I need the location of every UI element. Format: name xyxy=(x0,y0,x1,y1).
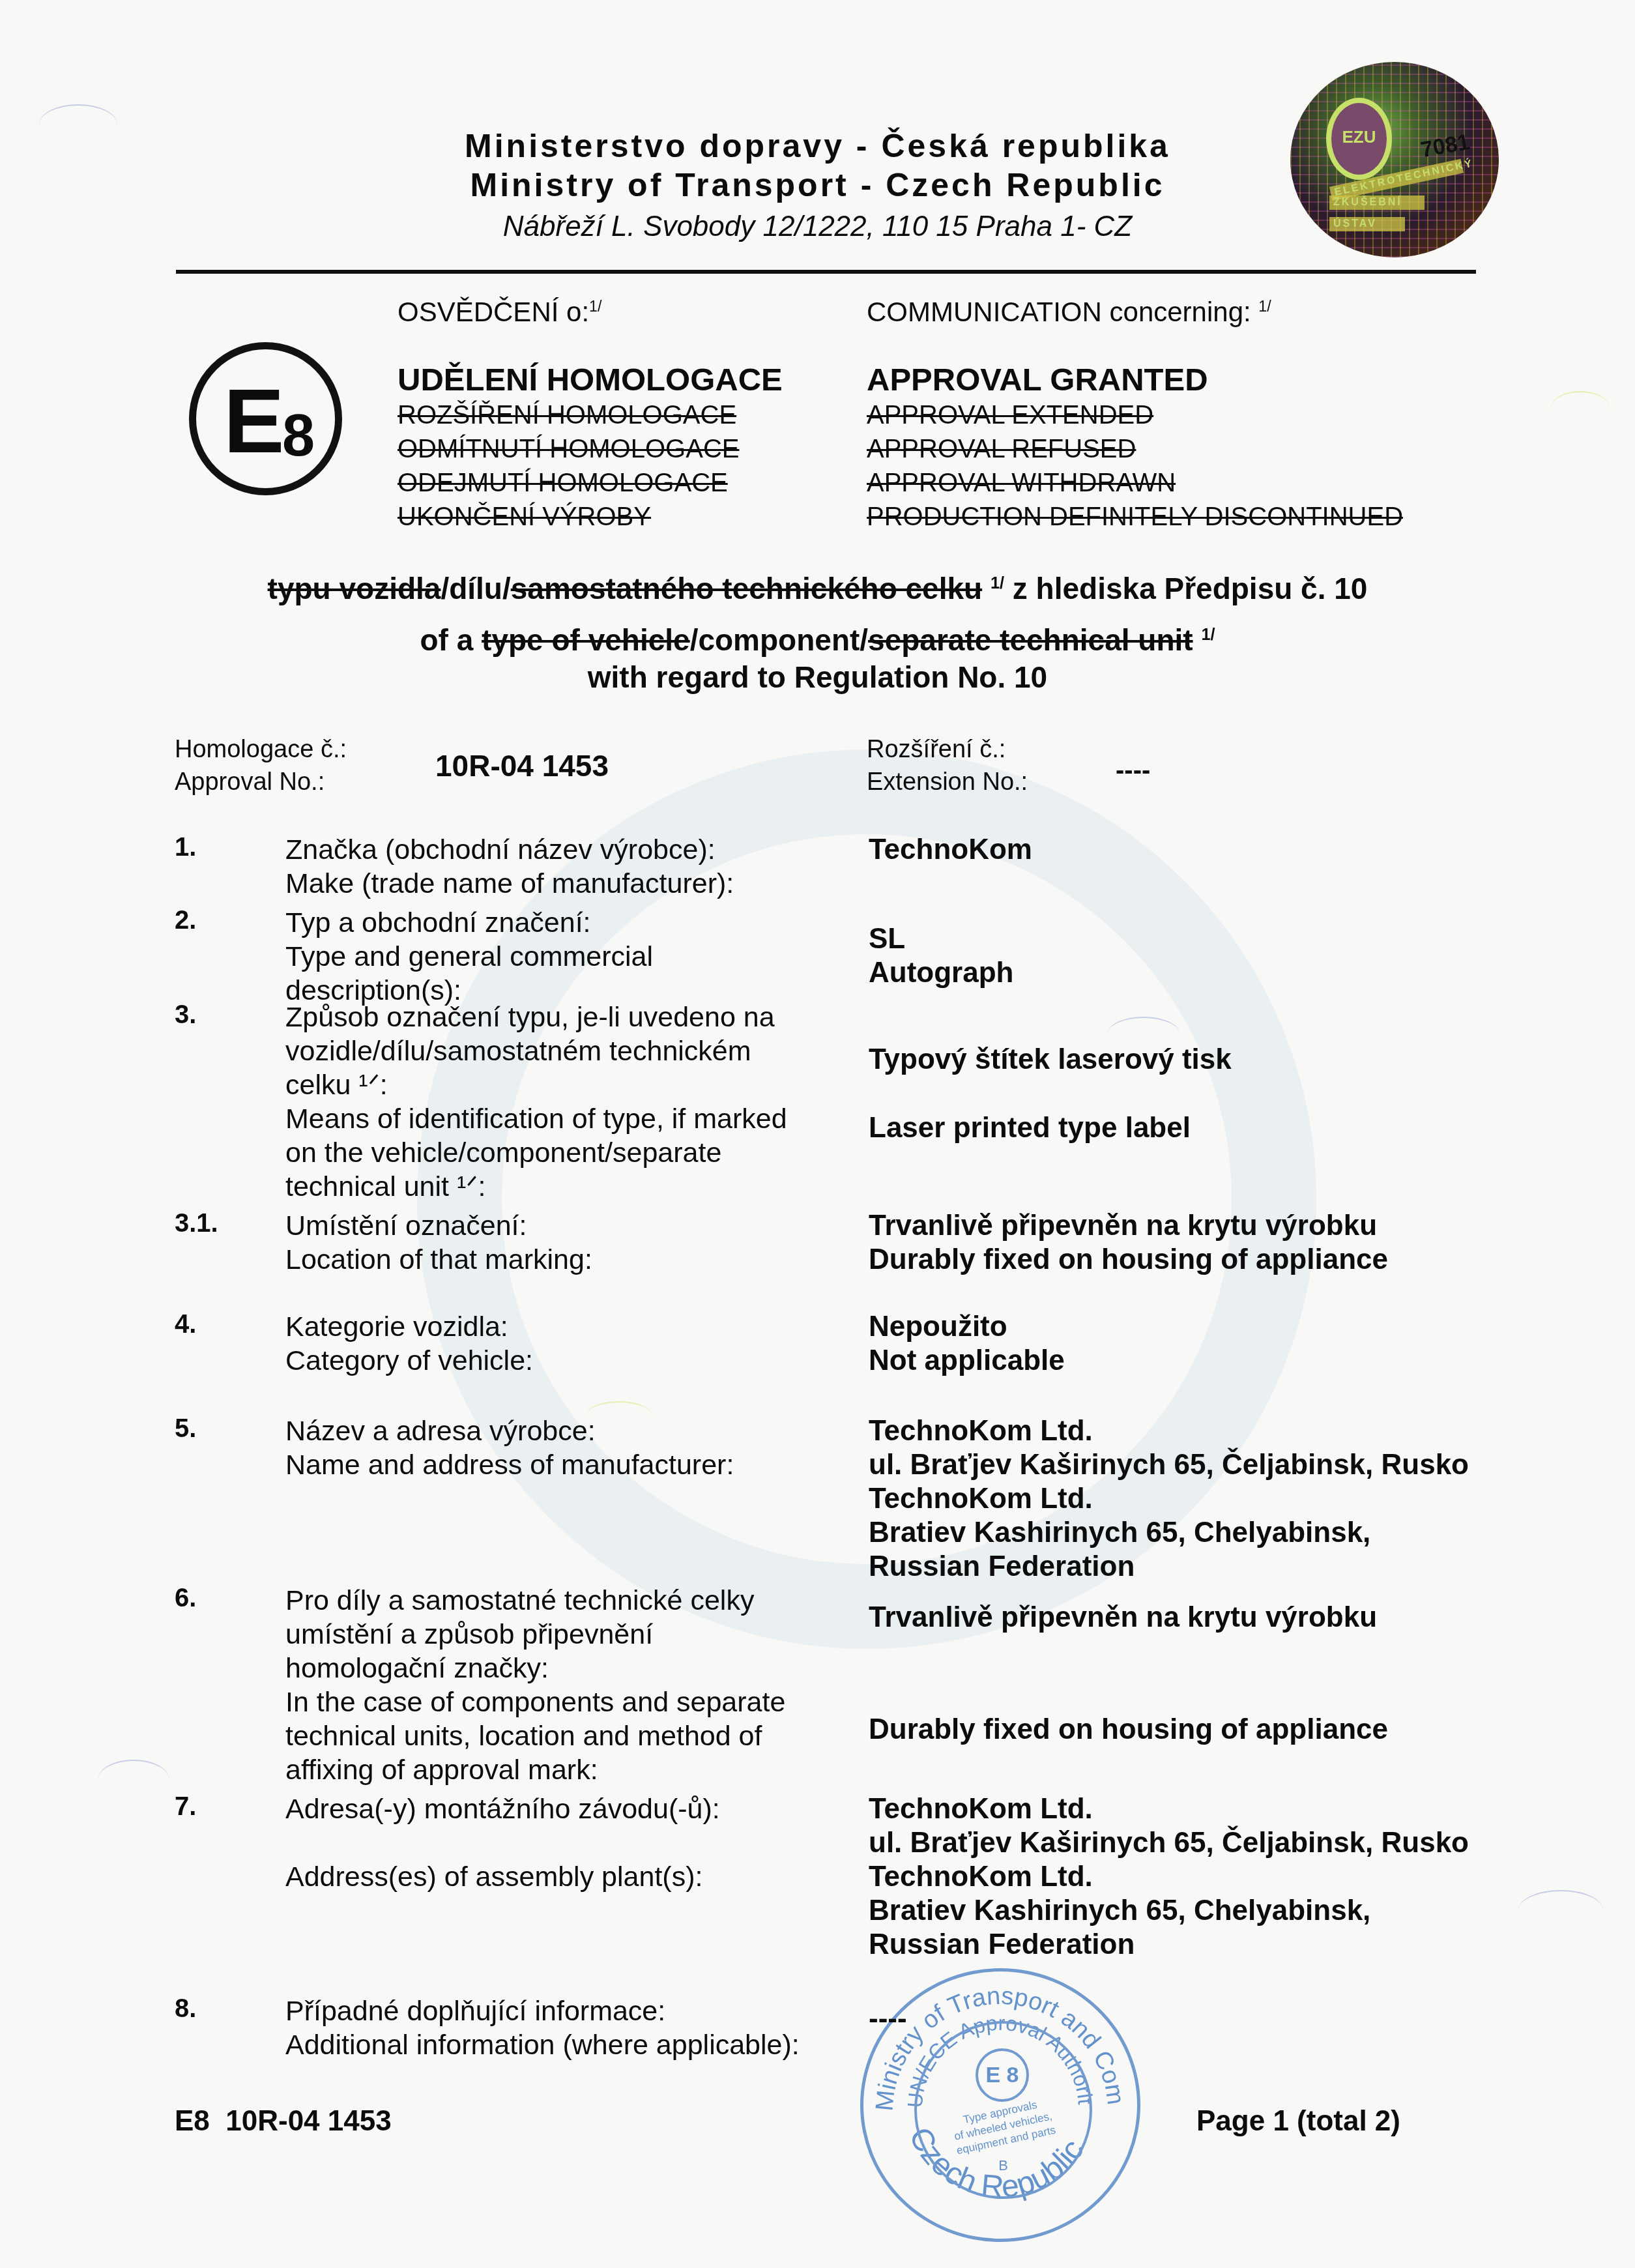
footer-reference: E8 10R-04 1453 xyxy=(175,2105,392,2138)
item-value: Russian Federation xyxy=(869,1928,1585,1962)
option-struck: ODEJMUTÍ HOMOLOGACE xyxy=(398,466,783,500)
option-selected: UDĚLENÍ HOMOLOGACE xyxy=(398,362,783,398)
approval-no-label: Homologace č.:Approval No.: xyxy=(175,733,347,798)
description-line: on the vehicle/component/separate xyxy=(285,1136,859,1170)
option-struck: PRODUCTION DEFINITELY DISCONTINUED xyxy=(867,500,1403,534)
item-number: 3.1. xyxy=(175,1209,218,1238)
item-value: Trvanlivě připevněn na krytu výrobku xyxy=(869,1601,1585,1635)
item-value: Laser printed type label xyxy=(869,1111,1585,1145)
description-line: Address(es) of assembly plant(s): xyxy=(285,1860,859,1894)
item-number: 1. xyxy=(175,833,196,862)
item-value: TechnoKom Ltd. xyxy=(869,1482,1585,1516)
item-value: TechnoKom xyxy=(869,833,1585,867)
communication-label-cz: OSVĚDČENÍ o:1/ xyxy=(398,297,601,328)
description-line: Kategorie vozidla: xyxy=(285,1310,859,1344)
item-value: Typový štítek laserový tisk xyxy=(869,1043,1585,1077)
description-line: Means of identification of type, if mark… xyxy=(285,1102,859,1136)
description-line: Umístění označení: xyxy=(285,1209,859,1243)
description-line: Typ a obchodní značení: xyxy=(285,906,859,940)
extension-no-label: Rozšíření č.:Extension No.: xyxy=(867,733,1028,798)
item-description: Kategorie vozidla:Category of vehicle: xyxy=(285,1310,859,1378)
item-value: Not applicable xyxy=(869,1344,1585,1378)
description-line: umístění a způsob připevnění xyxy=(285,1618,859,1651)
subject-line-en: of a type of vehicle/component/separate … xyxy=(0,622,1635,658)
item-value: ul. Braťjev Kaširinych 65, Čeljabinsk, R… xyxy=(869,1826,1585,1860)
item-value: ---- xyxy=(869,2002,1585,2036)
description-line: Značka (obchodní název výrobce): xyxy=(285,833,859,867)
communication-options-cz: UDĚLENÍ HOMOLOGACE ROZŠÍŘENÍ HOMOLOGACE … xyxy=(398,362,783,534)
description-line: Type and general commercial xyxy=(285,940,859,974)
option-struck: APPROVAL EXTENDED xyxy=(867,398,1403,432)
description-line: technical units, location and method of xyxy=(285,1719,859,1753)
item-description: Pro díly a samostatné technické celkyumí… xyxy=(285,1584,859,1787)
description-line: In the case of components and separate xyxy=(285,1685,859,1719)
subject-line-cz: typu vozidla/dílu/samostatného technické… xyxy=(0,571,1635,606)
hologram-seal: EZU 7081 ELEKTROTECHNICKÝ ZKUŠEBNÍ ÚSTAV xyxy=(1290,62,1499,257)
item-value: SL xyxy=(869,922,1585,956)
item-description: Umístění označení:Location of that marki… xyxy=(285,1209,859,1277)
option-struck: APPROVAL REFUSED xyxy=(867,432,1403,466)
item-description: Způsob označení typu, je-li uvedeno navo… xyxy=(285,1000,859,1204)
description-line: Location of that marking: xyxy=(285,1243,859,1277)
item-value: TechnoKom Ltd. xyxy=(869,1414,1585,1448)
item-number: 4. xyxy=(175,1310,196,1339)
regulation-line: with regard to Regulation No. 10 xyxy=(0,660,1635,695)
description-line: Make (trade name of manufacturer): xyxy=(285,867,859,901)
item-description: Typ a obchodní značení:Type and general … xyxy=(285,906,859,1008)
extension-number: ---- xyxy=(1116,756,1150,785)
hologram-band: ÚSTAV xyxy=(1329,217,1405,231)
description-line: Name and address of manufacturer: xyxy=(285,1448,859,1482)
item-value: Durably fixed on housing of appliance xyxy=(869,1713,1585,1747)
description-line: vozidle/dílu/samostatném technickém xyxy=(285,1034,859,1068)
item-value: Nepoužito xyxy=(869,1310,1585,1344)
stamp-letter: B xyxy=(917,2157,1090,2174)
item-description: Adresa(-y) montážního závodu(-ů):Address… xyxy=(285,1792,859,1894)
header-divider xyxy=(176,270,1476,274)
item-number: 8. xyxy=(175,1994,196,2024)
description-line: Pro díly a samostatné technické celky xyxy=(285,1584,859,1618)
option-struck: ROZŠÍŘENÍ HOMOLOGACE xyxy=(398,398,783,432)
description-line: Additional information (where applicable… xyxy=(285,2028,859,2062)
approval-number: 10R-04 1453 xyxy=(435,748,609,783)
description-line: Název a adresa výrobce: xyxy=(285,1414,859,1448)
page-number: Page 1 (total 2) xyxy=(1196,2105,1400,2138)
item-description: Značka (obchodní název výrobce):Make (tr… xyxy=(285,833,859,901)
description-line: homologační značky: xyxy=(285,1651,859,1685)
item-value: TechnoKom Ltd. xyxy=(869,1860,1585,1894)
description-line: Případné doplňující informace: xyxy=(285,1994,859,2028)
item-value: Trvanlivě připevněn na krytu výrobku xyxy=(869,1209,1585,1243)
paper-fiber xyxy=(1551,391,1610,425)
e8-approval-mark-icon: E 8 xyxy=(189,342,342,495)
ezu-logo-icon: EZU xyxy=(1326,98,1392,180)
item-number: 2. xyxy=(175,906,196,935)
description-line: Adresa(-y) montážního závodu(-ů): xyxy=(285,1792,859,1826)
item-value: Russian Federation xyxy=(869,1550,1585,1584)
stamp-e8-icon: E 8 xyxy=(976,2048,1029,2102)
item-value: Durably fixed on housing of appliance xyxy=(869,1243,1585,1277)
option-struck: UKONČENÍ VÝROBY xyxy=(398,500,783,534)
item-number: 7. xyxy=(175,1792,196,1822)
item-value: ul. Braťjev Kaširinych 65, Čeljabinsk, R… xyxy=(869,1448,1585,1482)
item-value: TechnoKom Ltd. xyxy=(869,1792,1585,1826)
paper-fiber xyxy=(98,1760,169,1800)
item-description: Případné doplňující informace:Additional… xyxy=(285,1994,859,2062)
item-number: 3. xyxy=(175,1000,196,1030)
e8-letter: E xyxy=(224,375,284,467)
communication-label-en: COMMUNICATION concerning: 1/ xyxy=(867,297,1271,328)
description-line: celku ¹ᐟ: xyxy=(285,1068,859,1102)
item-value: Autograph xyxy=(869,956,1585,990)
option-struck: APPROVAL WITHDRAWN xyxy=(867,466,1403,500)
description-line: Způsob označení typu, je-li uvedeno na xyxy=(285,1000,859,1034)
stamp-inner-ring: E 8 Type approvals of wheeled vehicles, … xyxy=(914,2021,1092,2199)
hologram-band: ZKUŠEBNÍ xyxy=(1329,196,1425,210)
option-struck: ODMÍTNUTÍ HOMOLOGACE xyxy=(398,432,783,466)
item-value: Bratiev Kashirinych 65, Chelyabinsk, xyxy=(869,1516,1585,1550)
description-line: technical unit ¹ᐟ: xyxy=(285,1170,859,1204)
option-selected: APPROVAL GRANTED xyxy=(867,362,1403,398)
description-line: affixing of approval mark: xyxy=(285,1753,859,1787)
item-number: 5. xyxy=(175,1414,196,1444)
item-number: 6. xyxy=(175,1584,196,1613)
item-description: Název a adresa výrobce:Name and address … xyxy=(285,1414,859,1482)
communication-options-en: APPROVAL GRANTED APPROVAL EXTENDED APPRO… xyxy=(867,362,1403,534)
description-line: Category of vehicle: xyxy=(285,1344,859,1378)
e8-number: 8 xyxy=(282,407,315,465)
item-value: Bratiev Kashirinych 65, Chelyabinsk, xyxy=(869,1894,1585,1928)
